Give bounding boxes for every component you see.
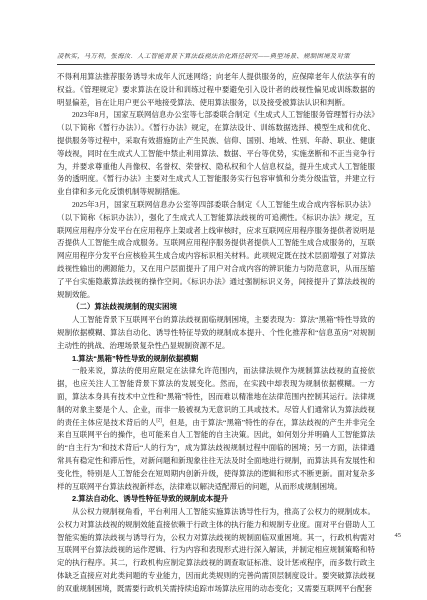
paragraph-blackbox-text-2: ，但是，由于算法“黑箱”特性的存在，算法歧视的产生并非完全来自互联网平台的操作，… <box>57 418 375 491</box>
subheading-regulatory-cost: 2.算法自动化、诱导性特征导致的规制成本提升 <box>57 493 375 506</box>
paragraph-2023-interim-measures: 2023年8月，国家互联网信息办公室等七部委联合制定《生成式人工智能服务管理暂行… <box>57 109 375 199</box>
paragraph-continuation: 不得利用算法推荐服务诱导未成年人沉迷网络；向老年人提供服务的，应保障老年人依法享… <box>57 71 375 109</box>
paragraph-regulatory-cost: 从公权力规制视角看，平台利用人工智能实施算法诱导性行为，推高了公权力的规制成本。… <box>57 506 375 596</box>
paragraph-2025-labeling-measures: 2025年3月，国家互联网信息办公室等四部委联合制定《人工智能生成合成内容标识办… <box>57 199 375 301</box>
section-heading: （二）算法歧视规制的现实困境 <box>57 301 375 314</box>
subheading-blackbox: 1.算法“黑箱”特性导致的规制依据模糊 <box>57 353 375 366</box>
page-number: 45 <box>395 532 402 539</box>
running-header: 凌秋实，马万利，张海汝．人工智能背景下算法歧视法治化路径研究——典型场景、规制困… <box>57 53 375 61</box>
document-page: 凌秋实，马万利，张海汝．人工智能背景下算法歧视法治化路径研究——典型场景、规制困… <box>0 0 427 600</box>
paragraph-dilemma-overview: 人工智能背景下互联网平台的算法歧视面临规制困境，主要表现为：算法“黑箱”特性导致… <box>57 314 375 352</box>
paragraph-blackbox: 一般来说，算法的使用应限定在法律允许范围内，而法律法规作为规制算法歧视的直接依据… <box>57 365 375 493</box>
article-body: 不得利用算法推荐服务诱导未成年人沉迷网络；向老年人提供服务的，应保障老年人依法享… <box>57 71 375 596</box>
header-rule <box>57 64 375 65</box>
